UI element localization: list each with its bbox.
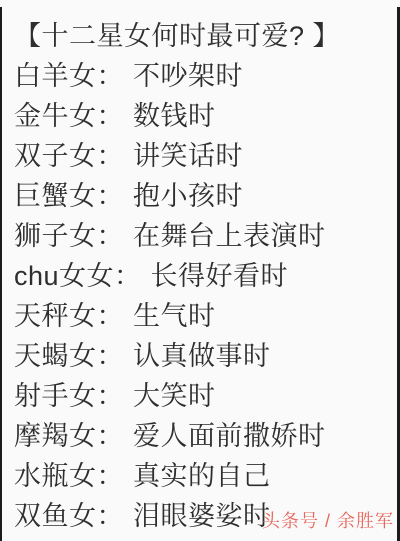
colon-separator: ： (97, 301, 125, 331)
list-item-libra: 天秤女：生气时 (14, 296, 394, 336)
colon-separator: ： (97, 421, 125, 451)
colon-separator: ： (97, 61, 125, 91)
zodiac-sign: 巨蟹女 (14, 181, 97, 211)
cute-moment: 在舞台上表演时 (133, 221, 326, 251)
cute-moment: 泪眼婆娑时 (133, 501, 271, 531)
cute-moment: 数钱时 (133, 101, 216, 131)
zodiac-sign: 摩羯女 (14, 421, 97, 451)
zodiac-sign: 水瓶女 (14, 461, 97, 491)
zodiac-list: 【十二星女何时最可爱? 】 白羊女：不吵架时 金牛女：数钱时 双子女：讲笑话时 … (0, 0, 400, 536)
zodiac-sign: chu女女 (14, 261, 114, 291)
cute-moment: 生气时 (133, 301, 216, 331)
colon-separator: ： (97, 501, 125, 531)
list-item-cancer: 巨蟹女：抱小孩时 (14, 176, 394, 216)
cute-moment: 爱人面前撒娇时 (133, 421, 326, 451)
zodiac-sign: 狮子女 (14, 221, 97, 251)
colon-separator: ： (97, 461, 125, 491)
list-item-aquarius: 水瓶女：真实的自己 (14, 456, 394, 496)
left-edge-strip (0, 7, 2, 541)
list-item-capricorn: 摩羯女：爱人面前撒娇时 (14, 416, 394, 456)
list-item-sagittarius: 射手女：大笑时 (14, 376, 394, 416)
colon-separator: ： (97, 381, 125, 411)
colon-separator: ： (114, 261, 142, 291)
colon-separator: ： (97, 341, 125, 371)
page-title: 【十二星女何时最可爱? 】 (14, 16, 394, 56)
list-item-gemini: 双子女：讲笑话时 (14, 136, 394, 176)
cute-moment: 真实的自己 (133, 461, 271, 491)
list-item-virgo: chu女女：长得好看时 (14, 256, 394, 296)
cute-moment: 认真做事时 (133, 341, 271, 371)
zodiac-sign: 金牛女 (14, 101, 97, 131)
cute-moment: 大笑时 (133, 381, 216, 411)
cute-moment: 讲笑话时 (133, 141, 243, 171)
list-item-taurus: 金牛女：数钱时 (14, 96, 394, 136)
zodiac-sign: 双鱼女 (14, 501, 97, 531)
list-item-aries: 白羊女：不吵架时 (14, 56, 394, 96)
zodiac-sign: 天蝎女 (14, 341, 97, 371)
cute-moment: 不吵架时 (133, 61, 243, 91)
zodiac-sign: 射手女 (14, 381, 97, 411)
zodiac-sign: 白羊女 (14, 61, 97, 91)
colon-separator: ： (97, 181, 125, 211)
cute-moment: 长得好看时 (151, 261, 289, 291)
colon-separator: ： (97, 221, 125, 251)
colon-separator: ： (97, 141, 125, 171)
list-item-scorpio: 天蝎女：认真做事时 (14, 336, 394, 376)
colon-separator: ： (97, 101, 125, 131)
zodiac-sign: 双子女 (14, 141, 97, 171)
list-item-leo: 狮子女：在舞台上表演时 (14, 216, 394, 256)
zodiac-sign: 天秤女 (14, 301, 97, 331)
toutiao-watermark: 头条号 / 余胜军 (262, 507, 394, 533)
cute-moment: 抱小孩时 (133, 181, 243, 211)
